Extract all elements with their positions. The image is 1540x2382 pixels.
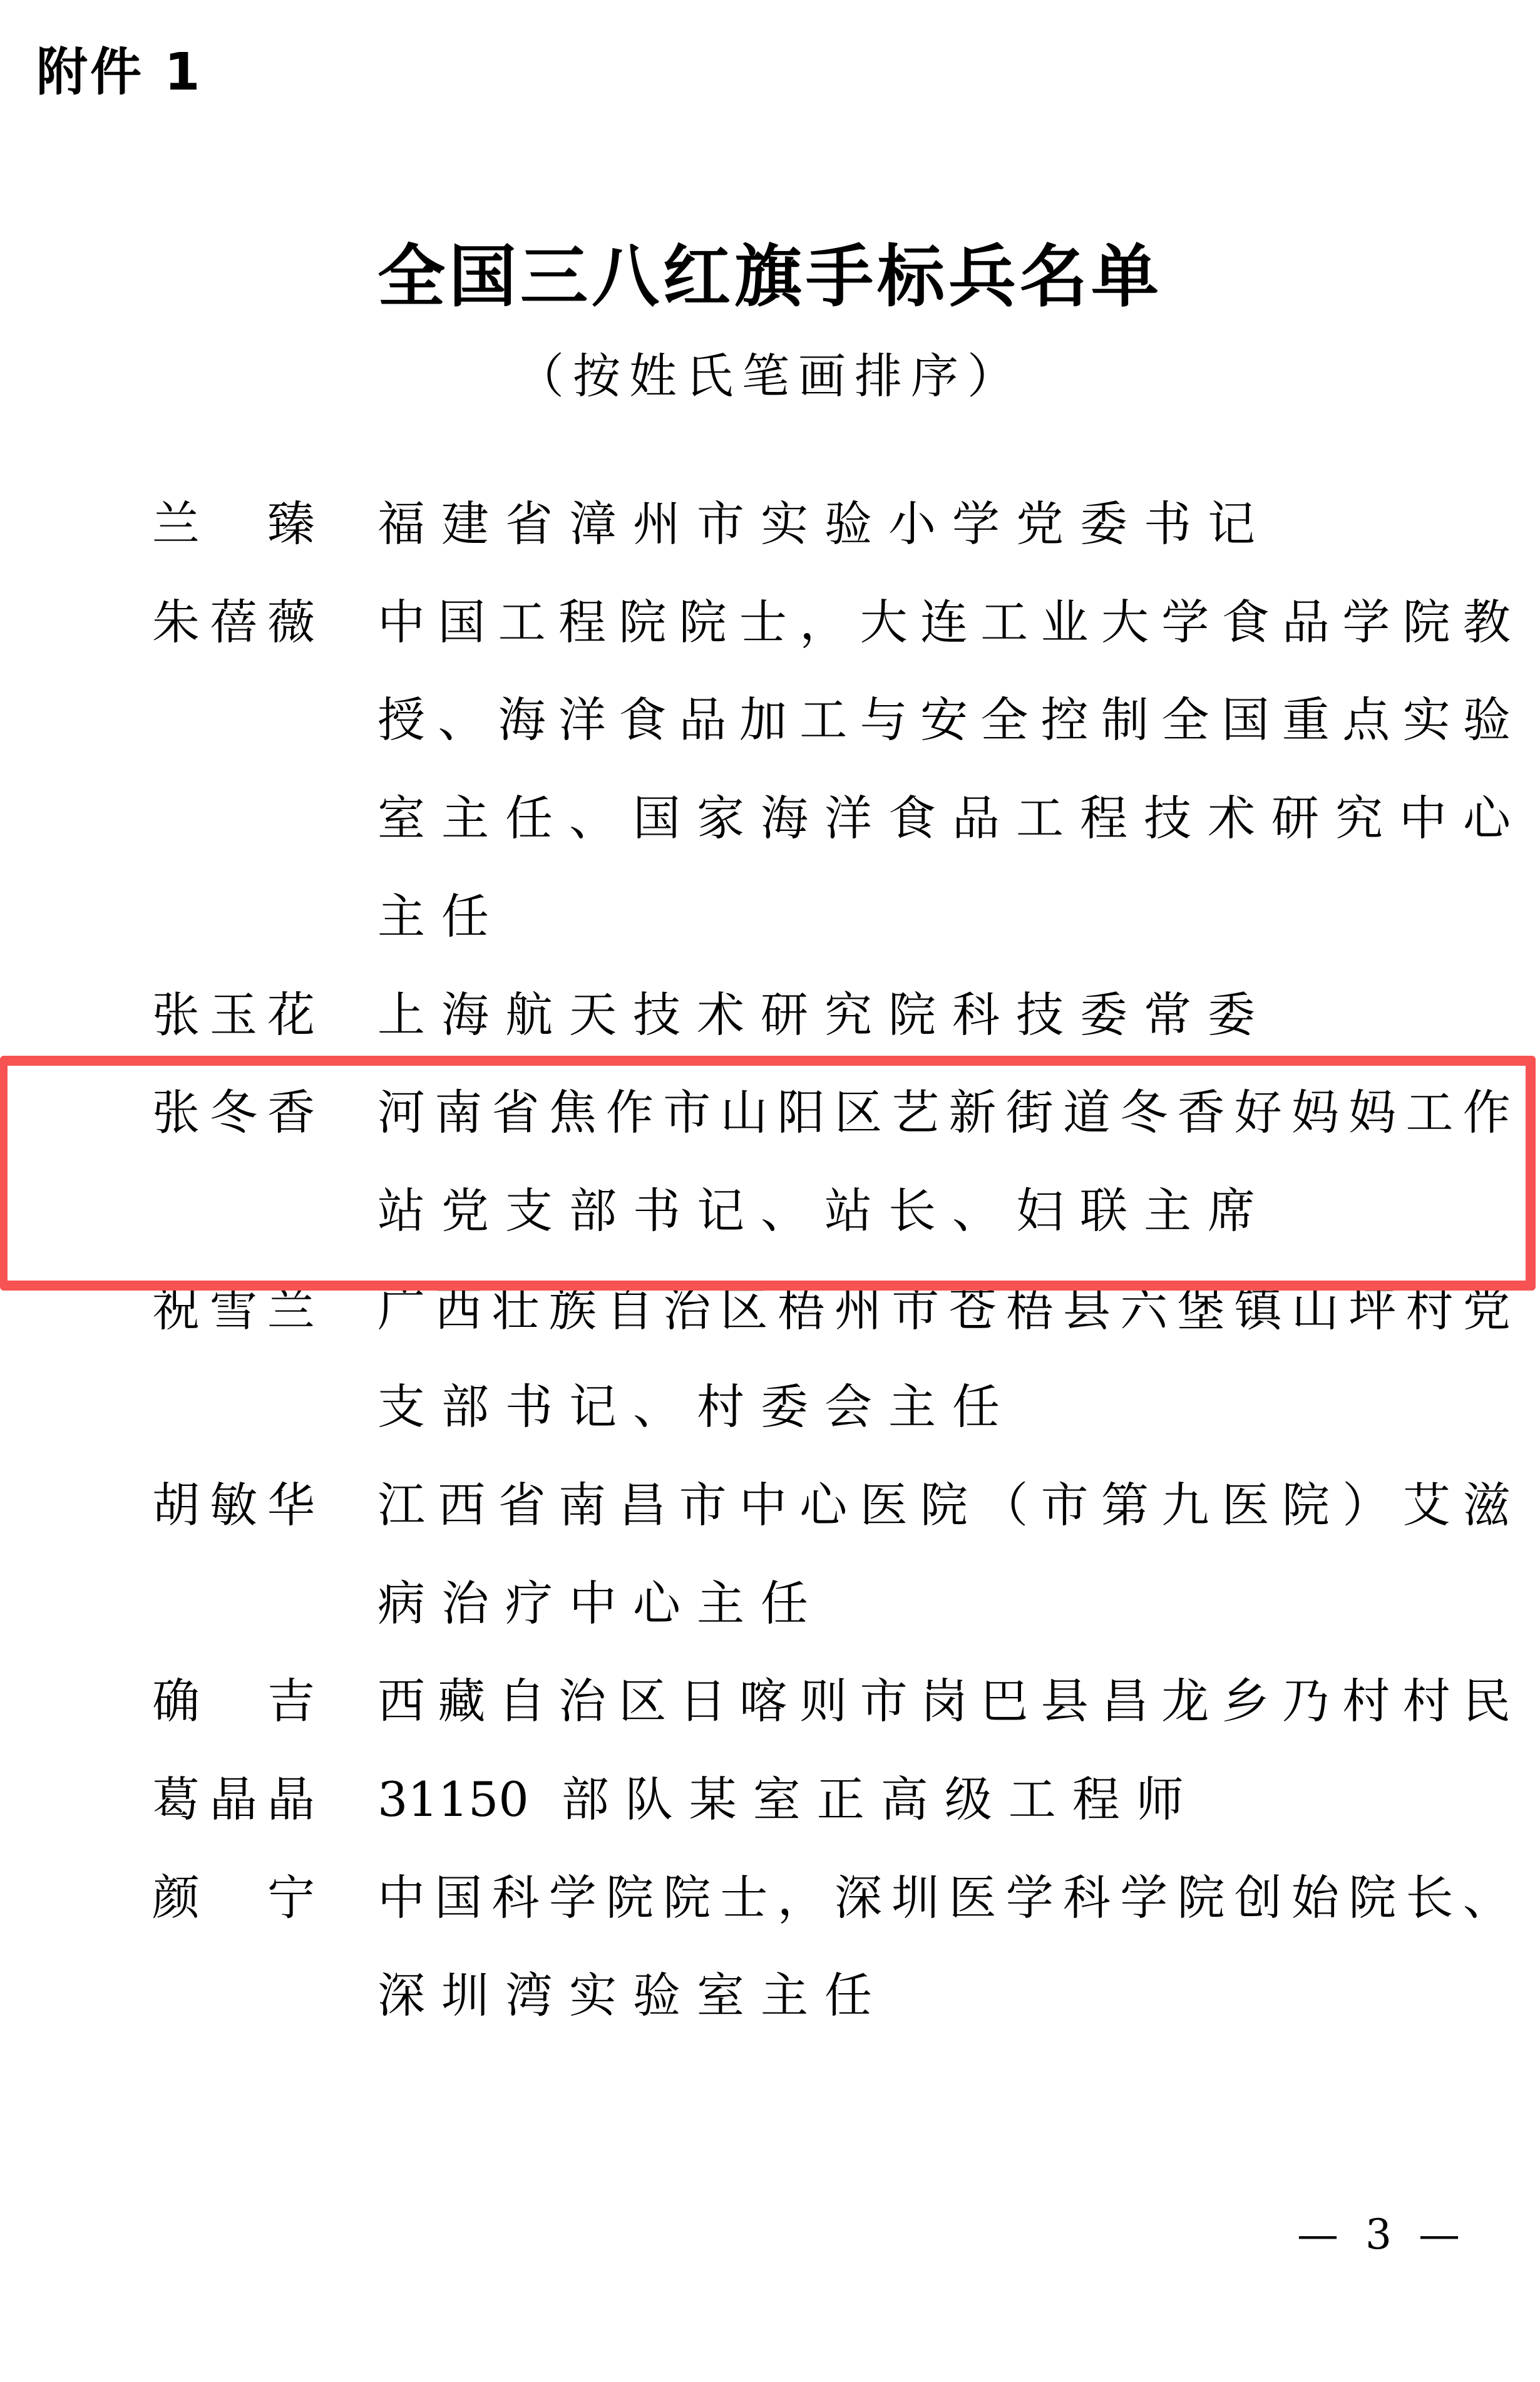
page-number: — 3 —	[1297, 2210, 1460, 2259]
honoree-title: 上海航天技术研究院科技委常委	[377, 966, 1511, 1064]
honoree-title: 中国科学院院士，深圳医学科学院创始院长、	[377, 1848, 1511, 1947]
highlight-box	[0, 1056, 1536, 1291]
honoree-name: 张玉花	[152, 966, 315, 1064]
honoree-title: 深圳湾实验室主任	[377, 1946, 1511, 2044]
page-dash-left: —	[1297, 2210, 1338, 2259]
page-title: 全国三八红旗手标兵名单	[0, 222, 1540, 319]
honoree-name: 确吉	[152, 1652, 315, 1750]
honoree-title: 31150 部队某室正高级工程师	[377, 1750, 1511, 1848]
attachment-label: 附件 1	[36, 31, 203, 105]
honoree-title: 授、海洋食品加工与安全控制全国重点实验	[377, 671, 1511, 769]
honoree-name: 葛晶晶	[152, 1750, 315, 1848]
honoree-name: 胡敏华	[152, 1456, 315, 1554]
honoree-name: 兰臻	[152, 475, 315, 573]
honoree-title: 中国工程院院士，大连工业大学食品学院教	[377, 573, 1511, 671]
honoree-title: 西藏自治区日喀则市岗巴县昌龙乡乃村村民	[377, 1652, 1511, 1750]
honoree-title: 支部书记、村委会主任	[377, 1358, 1511, 1456]
honoree-name: 朱蓓薇	[152, 573, 315, 671]
honoree-title: 室主任、国家海洋食品工程技术研究中心	[377, 769, 1511, 867]
page-subtitle: （按姓氏笔画排序）	[0, 338, 1540, 406]
honoree-title: 福建省漳州市实验小学党委书记	[377, 475, 1511, 573]
honoree-title: 江西省南昌市中心医院（市第九医院）艾滋	[377, 1456, 1511, 1554]
honoree-name: 颜宁	[152, 1848, 315, 1947]
page-number-value: 3	[1365, 2210, 1392, 2259]
honoree-title: 病治疗中心主任	[377, 1554, 1511, 1652]
honoree-title: 主任	[377, 867, 1511, 966]
page-dash-right: —	[1419, 2210, 1460, 2259]
